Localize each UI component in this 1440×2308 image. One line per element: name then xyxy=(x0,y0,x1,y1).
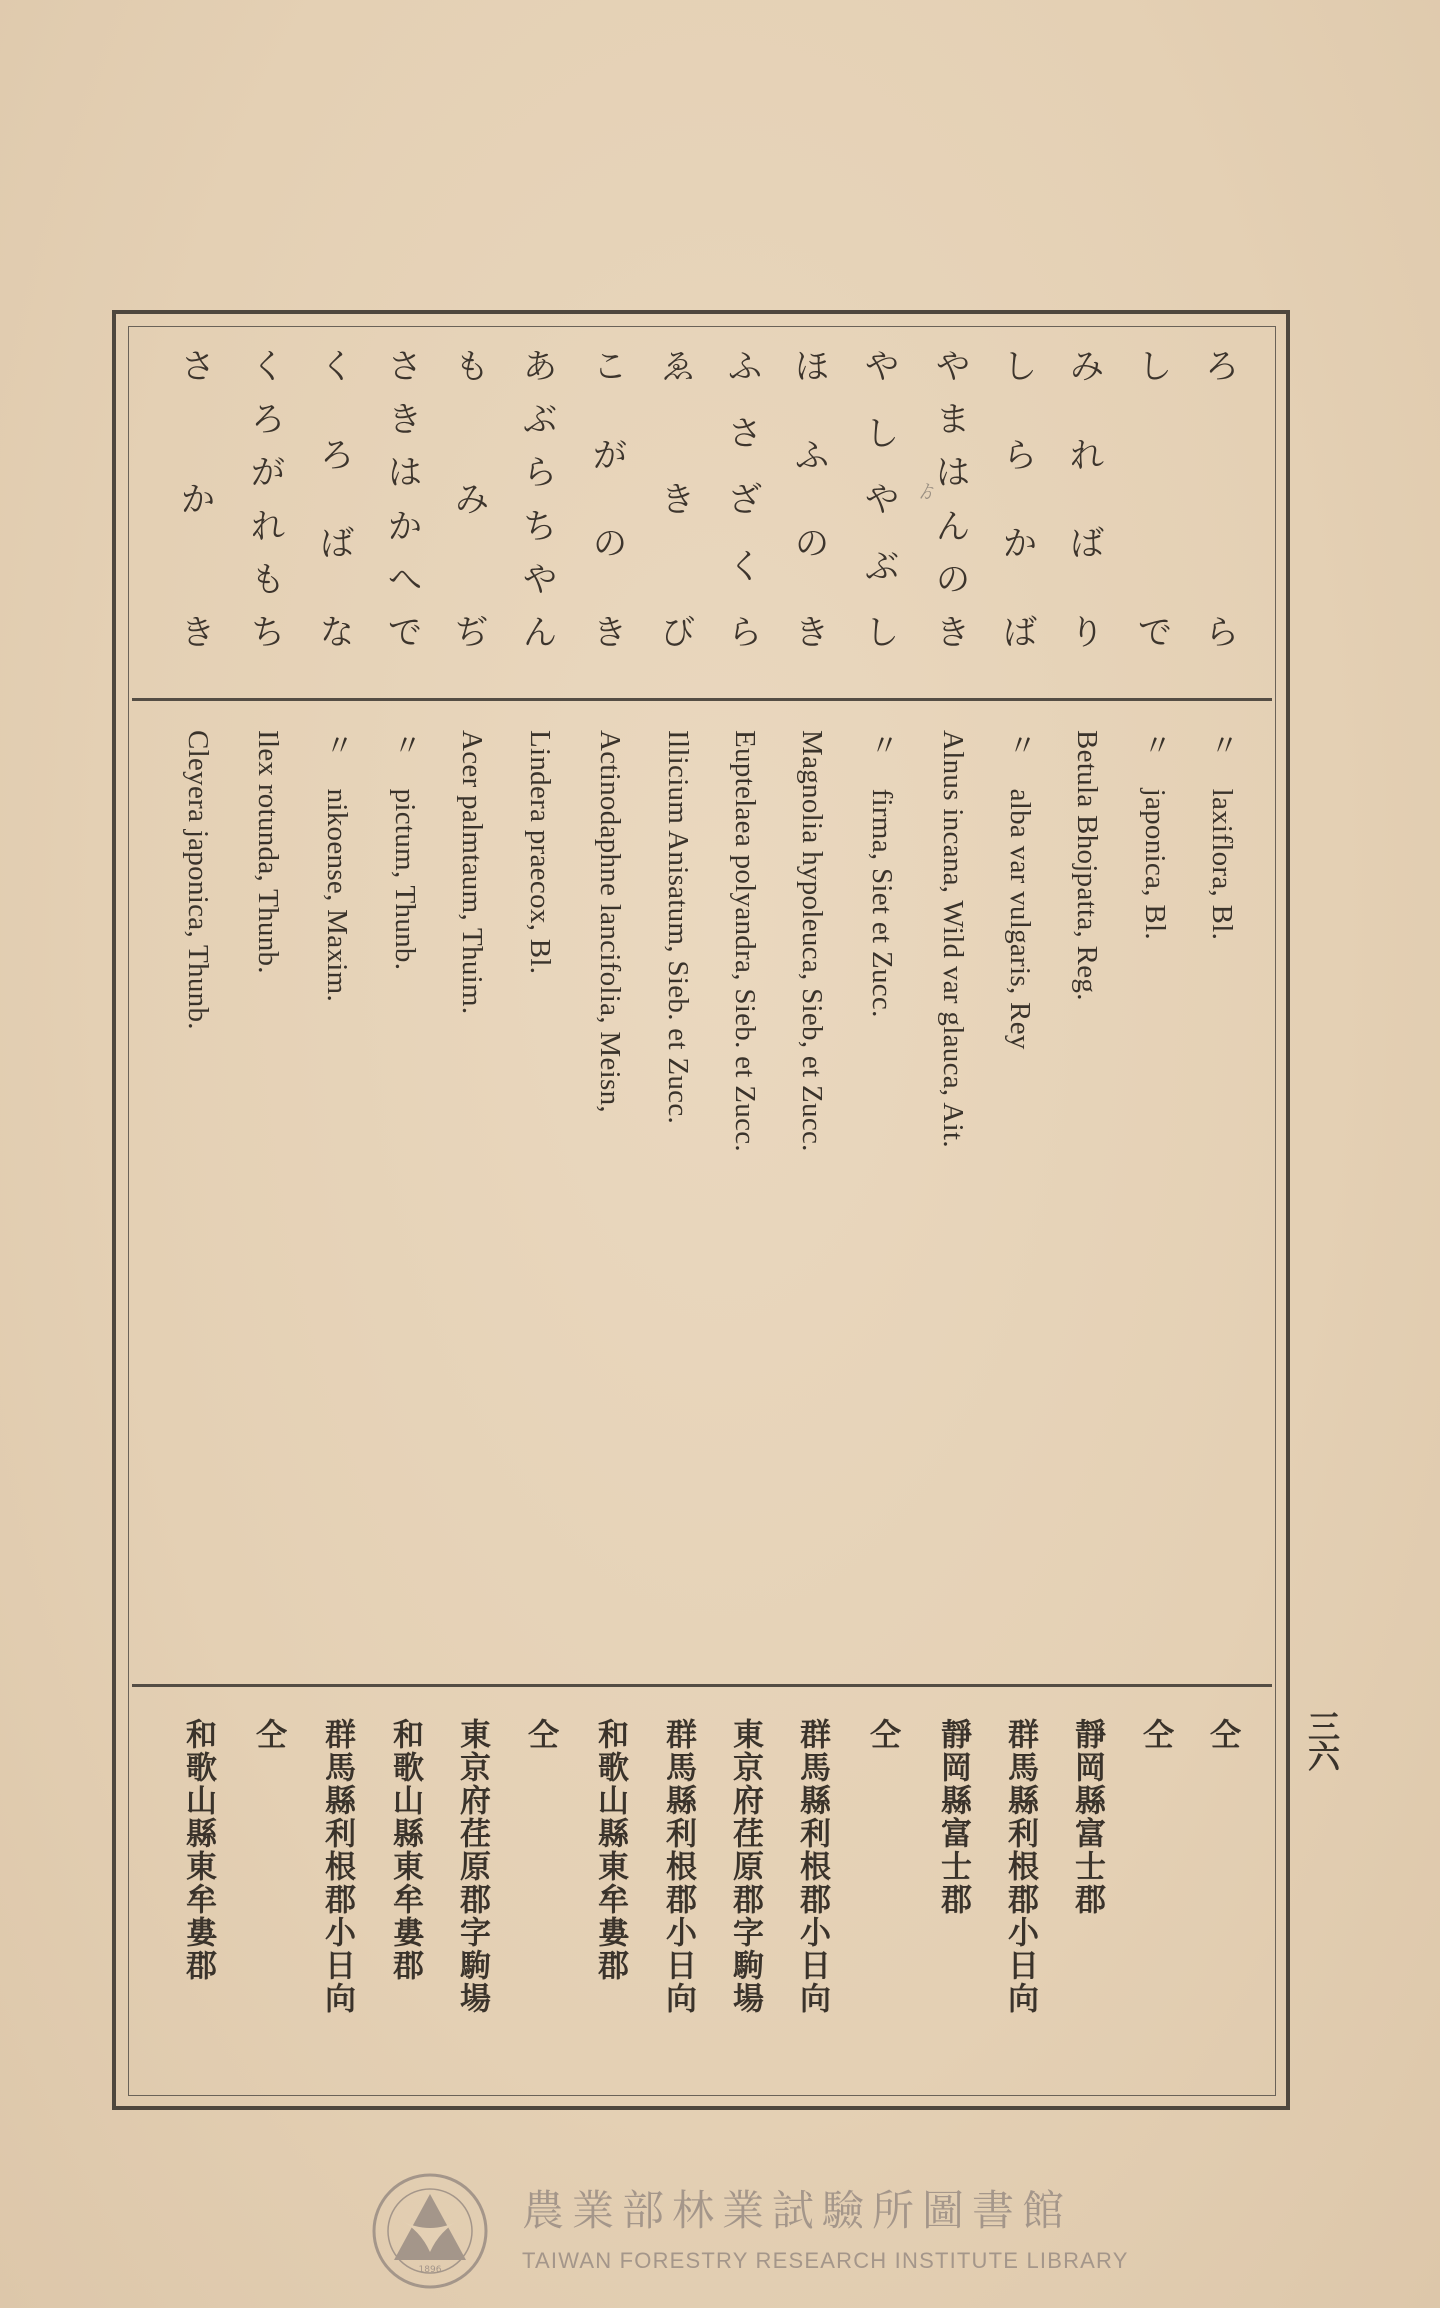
kana-char: や xyxy=(865,483,899,517)
locality: 仝 xyxy=(1202,1718,1242,1751)
kana-char: ふ xyxy=(728,350,762,384)
kana-char: ら xyxy=(1205,616,1239,650)
locality: 仝 xyxy=(862,1718,902,1751)
japanese-name: ふさざくら xyxy=(715,350,775,650)
library-name-chinese: 農業部林業試驗所圖書館 xyxy=(522,2178,1072,2238)
institute-logo-icon: 1896 xyxy=(370,2172,490,2290)
locality: 仝 xyxy=(520,1718,560,1751)
japanese-name: やしやぶし xyxy=(852,350,912,650)
kana-char: さ xyxy=(181,350,215,384)
japanese-name: ゑきび xyxy=(648,350,708,650)
japanese-name: ほふのき xyxy=(782,350,842,650)
japanese-name: しで xyxy=(1125,350,1185,650)
kana-char: ら xyxy=(728,616,762,650)
locality: 仝 xyxy=(1135,1718,1175,1751)
scientific-name: Cleyera japonica, Thunb. xyxy=(178,730,218,1030)
kana-char: が xyxy=(251,456,285,490)
kana-char: き xyxy=(388,403,422,437)
kana-char: き xyxy=(181,616,215,650)
kana-char: ろ xyxy=(320,439,354,473)
kana-char: ろ xyxy=(251,403,285,437)
kana-char: び xyxy=(661,616,695,650)
japanese-name: くろばな xyxy=(307,350,367,650)
locality: 群馬縣利根郡小日向 xyxy=(1000,1718,1040,2015)
kana-char: ぢ xyxy=(455,616,489,650)
kana-char: し xyxy=(1003,350,1037,384)
kana-char: ふ xyxy=(795,439,829,473)
kana-char: み xyxy=(455,483,489,517)
locality: 和歌山縣東牟婁郡 xyxy=(590,1718,630,1982)
kana-char: ろ xyxy=(1205,350,1239,384)
divider-localities xyxy=(132,1684,1272,1687)
pencil-annotation: ゟ xyxy=(918,478,936,504)
locality: 群馬縣利根郡小日向 xyxy=(658,1718,698,2015)
kana-char: の xyxy=(593,527,627,561)
kana-char: れ xyxy=(1070,439,1104,473)
locality: 和歌山縣東牟婁郡 xyxy=(178,1718,218,1982)
kana-char: や xyxy=(523,563,557,597)
japanese-name: くろがれもち xyxy=(238,350,298,650)
scientific-name: Actinodaphne lancifolia, Meisn, xyxy=(590,730,630,1113)
scientific-name: 〃 firma, Siet et Zucc. xyxy=(862,730,902,1018)
japanese-name: しらかば xyxy=(990,350,1050,650)
kana-char: こ xyxy=(593,350,627,384)
kana-char: ら xyxy=(1003,439,1037,473)
kana-char: ま xyxy=(936,403,970,437)
kana-char: く xyxy=(320,350,354,384)
kana-char: や xyxy=(865,350,899,384)
kana-char: ん xyxy=(936,510,970,544)
kana-char: は xyxy=(388,456,422,490)
kana-char: も xyxy=(455,350,489,384)
kana-char: ざ xyxy=(728,483,762,517)
kana-char: し xyxy=(865,616,899,650)
kana-char: ゑ xyxy=(661,350,695,384)
scientific-name: Alnus incana, Wild var glauca, Ait. xyxy=(933,730,973,1148)
scientific-name: 〃 alba var vulgaris, Rey xyxy=(1000,730,1040,1050)
kana-char: き xyxy=(936,616,970,650)
kana-char: れ xyxy=(251,510,285,544)
kana-char: ほ xyxy=(795,350,829,384)
kana-char: き xyxy=(661,483,695,517)
scientific-name: 〃 japonica, Bl. xyxy=(1135,730,1175,940)
scientific-name: 〃 pictum, Thunb. xyxy=(385,730,425,970)
japanese-name: あぶらちやん xyxy=(510,350,570,650)
locality: 和歌山縣東牟婁郡 xyxy=(385,1718,425,1982)
locality: 靜岡縣富士郡 xyxy=(933,1718,973,1916)
library-watermark: 1896 農業部林業試驗所圖書館 TAIWAN FORESTRY RESEARC… xyxy=(370,2168,1070,2298)
kana-char: が xyxy=(593,439,627,473)
scientific-name: Acer palmtaum, Thuim. xyxy=(452,730,492,1014)
kana-char: も xyxy=(251,563,285,597)
kana-char: し xyxy=(865,417,899,451)
scientific-name: Lindera praecox, Bl. xyxy=(520,730,560,974)
scientific-name: Betula Bhojpatta, Reg. xyxy=(1067,730,1107,1001)
kana-char: み xyxy=(1070,350,1104,384)
kana-char: く xyxy=(728,550,762,584)
kana-char: ち xyxy=(523,510,557,544)
kana-char: ち xyxy=(251,616,285,650)
scientific-name: Euptelaea polyandra, Sieb. et Zucc. xyxy=(725,730,765,1152)
kana-char: し xyxy=(1138,350,1172,384)
page-number: 三六 xyxy=(1302,1710,1342,1770)
scientific-name: Ilex rotunda, Thunb. xyxy=(248,730,288,974)
kana-char: ぶ xyxy=(523,403,557,437)
kana-char: は xyxy=(936,456,970,490)
locality: 東京府荏原郡字駒場 xyxy=(725,1718,765,2015)
scientific-name: Magnolia hypoleuca, Sieb, et Zucc. xyxy=(792,730,832,1152)
kana-char: さ xyxy=(388,350,422,384)
japanese-name: さかき xyxy=(168,350,228,650)
kana-char: さ xyxy=(728,417,762,451)
scientific-name: Illicium Anisatum, Sieb. et Zucc. xyxy=(658,730,698,1124)
japanese-name: もみぢ xyxy=(442,350,502,650)
kana-char: ば xyxy=(1003,616,1037,650)
kana-char: で xyxy=(388,616,422,650)
kana-char: り xyxy=(1070,616,1104,650)
kana-char: の xyxy=(936,563,970,597)
japanese-name: さきはかへで xyxy=(375,350,435,650)
scientific-name: 〃 nikoense, Maxim. xyxy=(317,730,357,1002)
scientific-name: 〃 laxiflora, Bl. xyxy=(1202,730,1242,940)
locality: 靜岡縣富士郡 xyxy=(1067,1718,1107,1916)
japanese-name: ろら xyxy=(1192,350,1252,650)
kana-char: ん xyxy=(523,616,557,650)
kana-char: で xyxy=(1138,616,1172,650)
kana-char: く xyxy=(251,350,285,384)
kana-char: な xyxy=(320,616,354,650)
kana-char: あ xyxy=(523,350,557,384)
kana-char: き xyxy=(593,616,627,650)
kana-char: ぶ xyxy=(865,550,899,584)
kana-char: ば xyxy=(1070,527,1104,561)
divider-names xyxy=(132,698,1272,701)
svg-text:1896: 1896 xyxy=(419,2265,442,2275)
kana-char: ば xyxy=(320,527,354,561)
kana-char: へ xyxy=(388,563,422,597)
japanese-name: こがのき xyxy=(580,350,640,650)
locality: 仝 xyxy=(248,1718,288,1751)
kana-char: ら xyxy=(523,456,557,490)
library-name-english: TAIWAN FORESTRY RESEARCH INSTITUTE LIBRA… xyxy=(522,2248,1129,2274)
kana-char: か xyxy=(1003,527,1037,561)
kana-char: の xyxy=(795,527,829,561)
japanese-name: みればり xyxy=(1057,350,1117,650)
locality: 群馬縣利根郡小日向 xyxy=(317,1718,357,2015)
locality: 群馬縣利根郡小日向 xyxy=(792,1718,832,2015)
kana-char: や xyxy=(936,350,970,384)
kana-char: か xyxy=(388,510,422,544)
kana-char: か xyxy=(181,483,215,517)
locality: 東京府荏原郡字駒場 xyxy=(452,1718,492,2015)
kana-char: き xyxy=(795,616,829,650)
